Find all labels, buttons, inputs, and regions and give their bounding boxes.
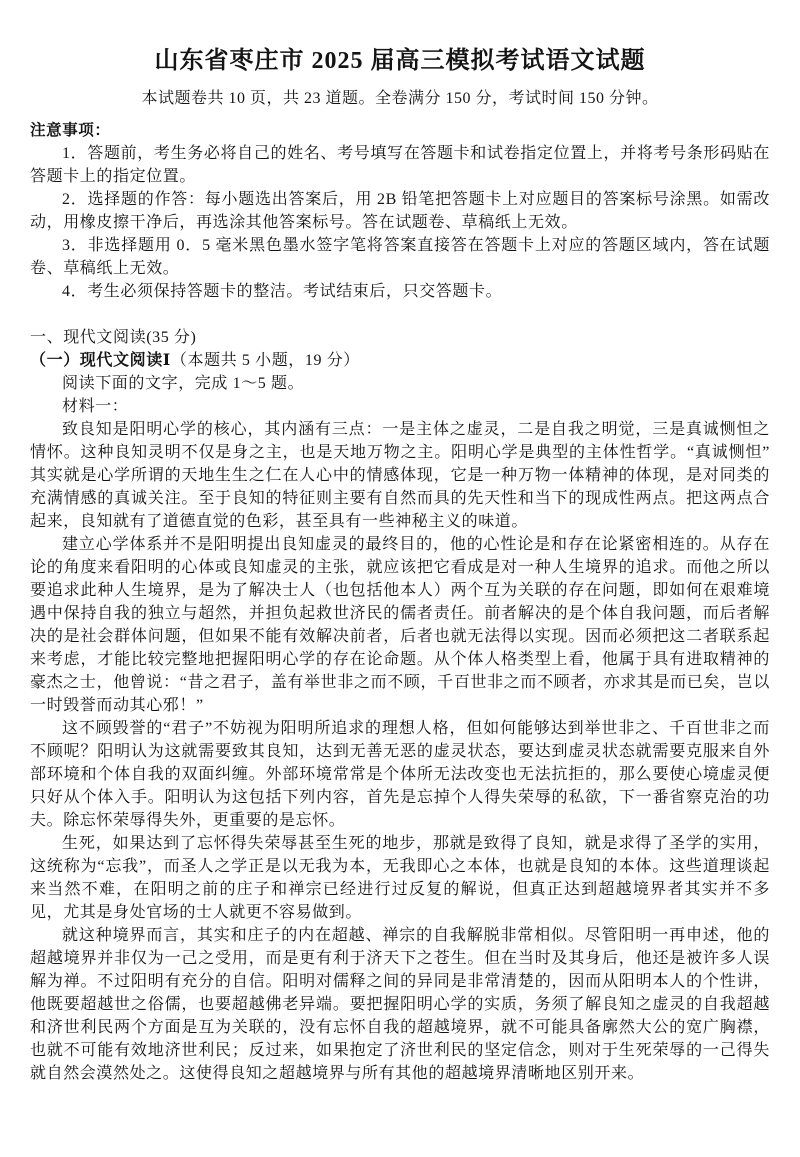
- material-paragraph-4: 生死，如果达到了忘怀得失荣辱甚至生死的地步，那就是致得了良知，就是求得了圣学的实…: [30, 832, 770, 924]
- material-paragraph-3: 这不顾毁誉的“君子”不妨视为阳明所追求的理想人格，但如何能够达到举世非之、千百世…: [30, 717, 770, 832]
- notice-item-4: 4．考生必须保持答题卡的整洁。考试结束后，只交答题卡。: [30, 280, 770, 303]
- page-title: 山东省枣庄市 2025 届高三模拟考试语文试题: [30, 44, 770, 78]
- exam-paper-page: 山东省枣庄市 2025 届高三模拟考试语文试题 本试题卷共 10 页，共 23 …: [0, 0, 800, 1157]
- subsection-heading-reading-1: （一）现代文阅读Ⅰ（本题共 5 小题，19 分）: [30, 349, 770, 372]
- material-paragraph-5: 就这种境界而言，其实和庄子的内在超越、禅宗的自我解脱非常相似。尽管阳明一再申述，…: [30, 924, 770, 1085]
- material-paragraph-1: 致良知是阳明心学的核心，其内涵有三点：一是主体之虚灵，二是自我之明觉，三是真诚恻…: [30, 418, 770, 533]
- spacer: [30, 303, 770, 326]
- subsection-heading-note: （本题共 5 小题，19 分）: [171, 352, 360, 369]
- subsection-heading-label: （一）现代文阅读Ⅰ: [30, 352, 171, 369]
- notice-heading: 注意事项：: [30, 119, 770, 142]
- reading-instruction: 阅读下面的文字，完成 1～5 题。: [30, 372, 770, 395]
- section-heading-modern-reading: 一、现代文阅读(35 分): [30, 326, 770, 349]
- material-paragraph-2: 建立心学体系并不是阳明提出良知虚灵的最终目的，他的心性论是和存在论紧密相连的。从…: [30, 533, 770, 717]
- notice-item-2: 2．选择题的作答：每小题选出答案后，用 2B 铅笔把答题卡上对应题目的答案标号涂…: [30, 188, 770, 234]
- notice-item-1: 1．答题前，考生务必将自己的姓名、考号填写在答题卡和试卷指定位置上，并将考号条形…: [30, 142, 770, 188]
- material-1-label: 材料一：: [30, 395, 770, 418]
- notice-item-3: 3．非选择题用 0．5 毫米黑色墨水签字笔将答案直接答在答题卡上对应的答题区域内…: [30, 234, 770, 280]
- exam-meta-line: 本试题卷共 10 页，共 23 道题。全卷满分 150 分，考试时间 150 分…: [30, 86, 770, 111]
